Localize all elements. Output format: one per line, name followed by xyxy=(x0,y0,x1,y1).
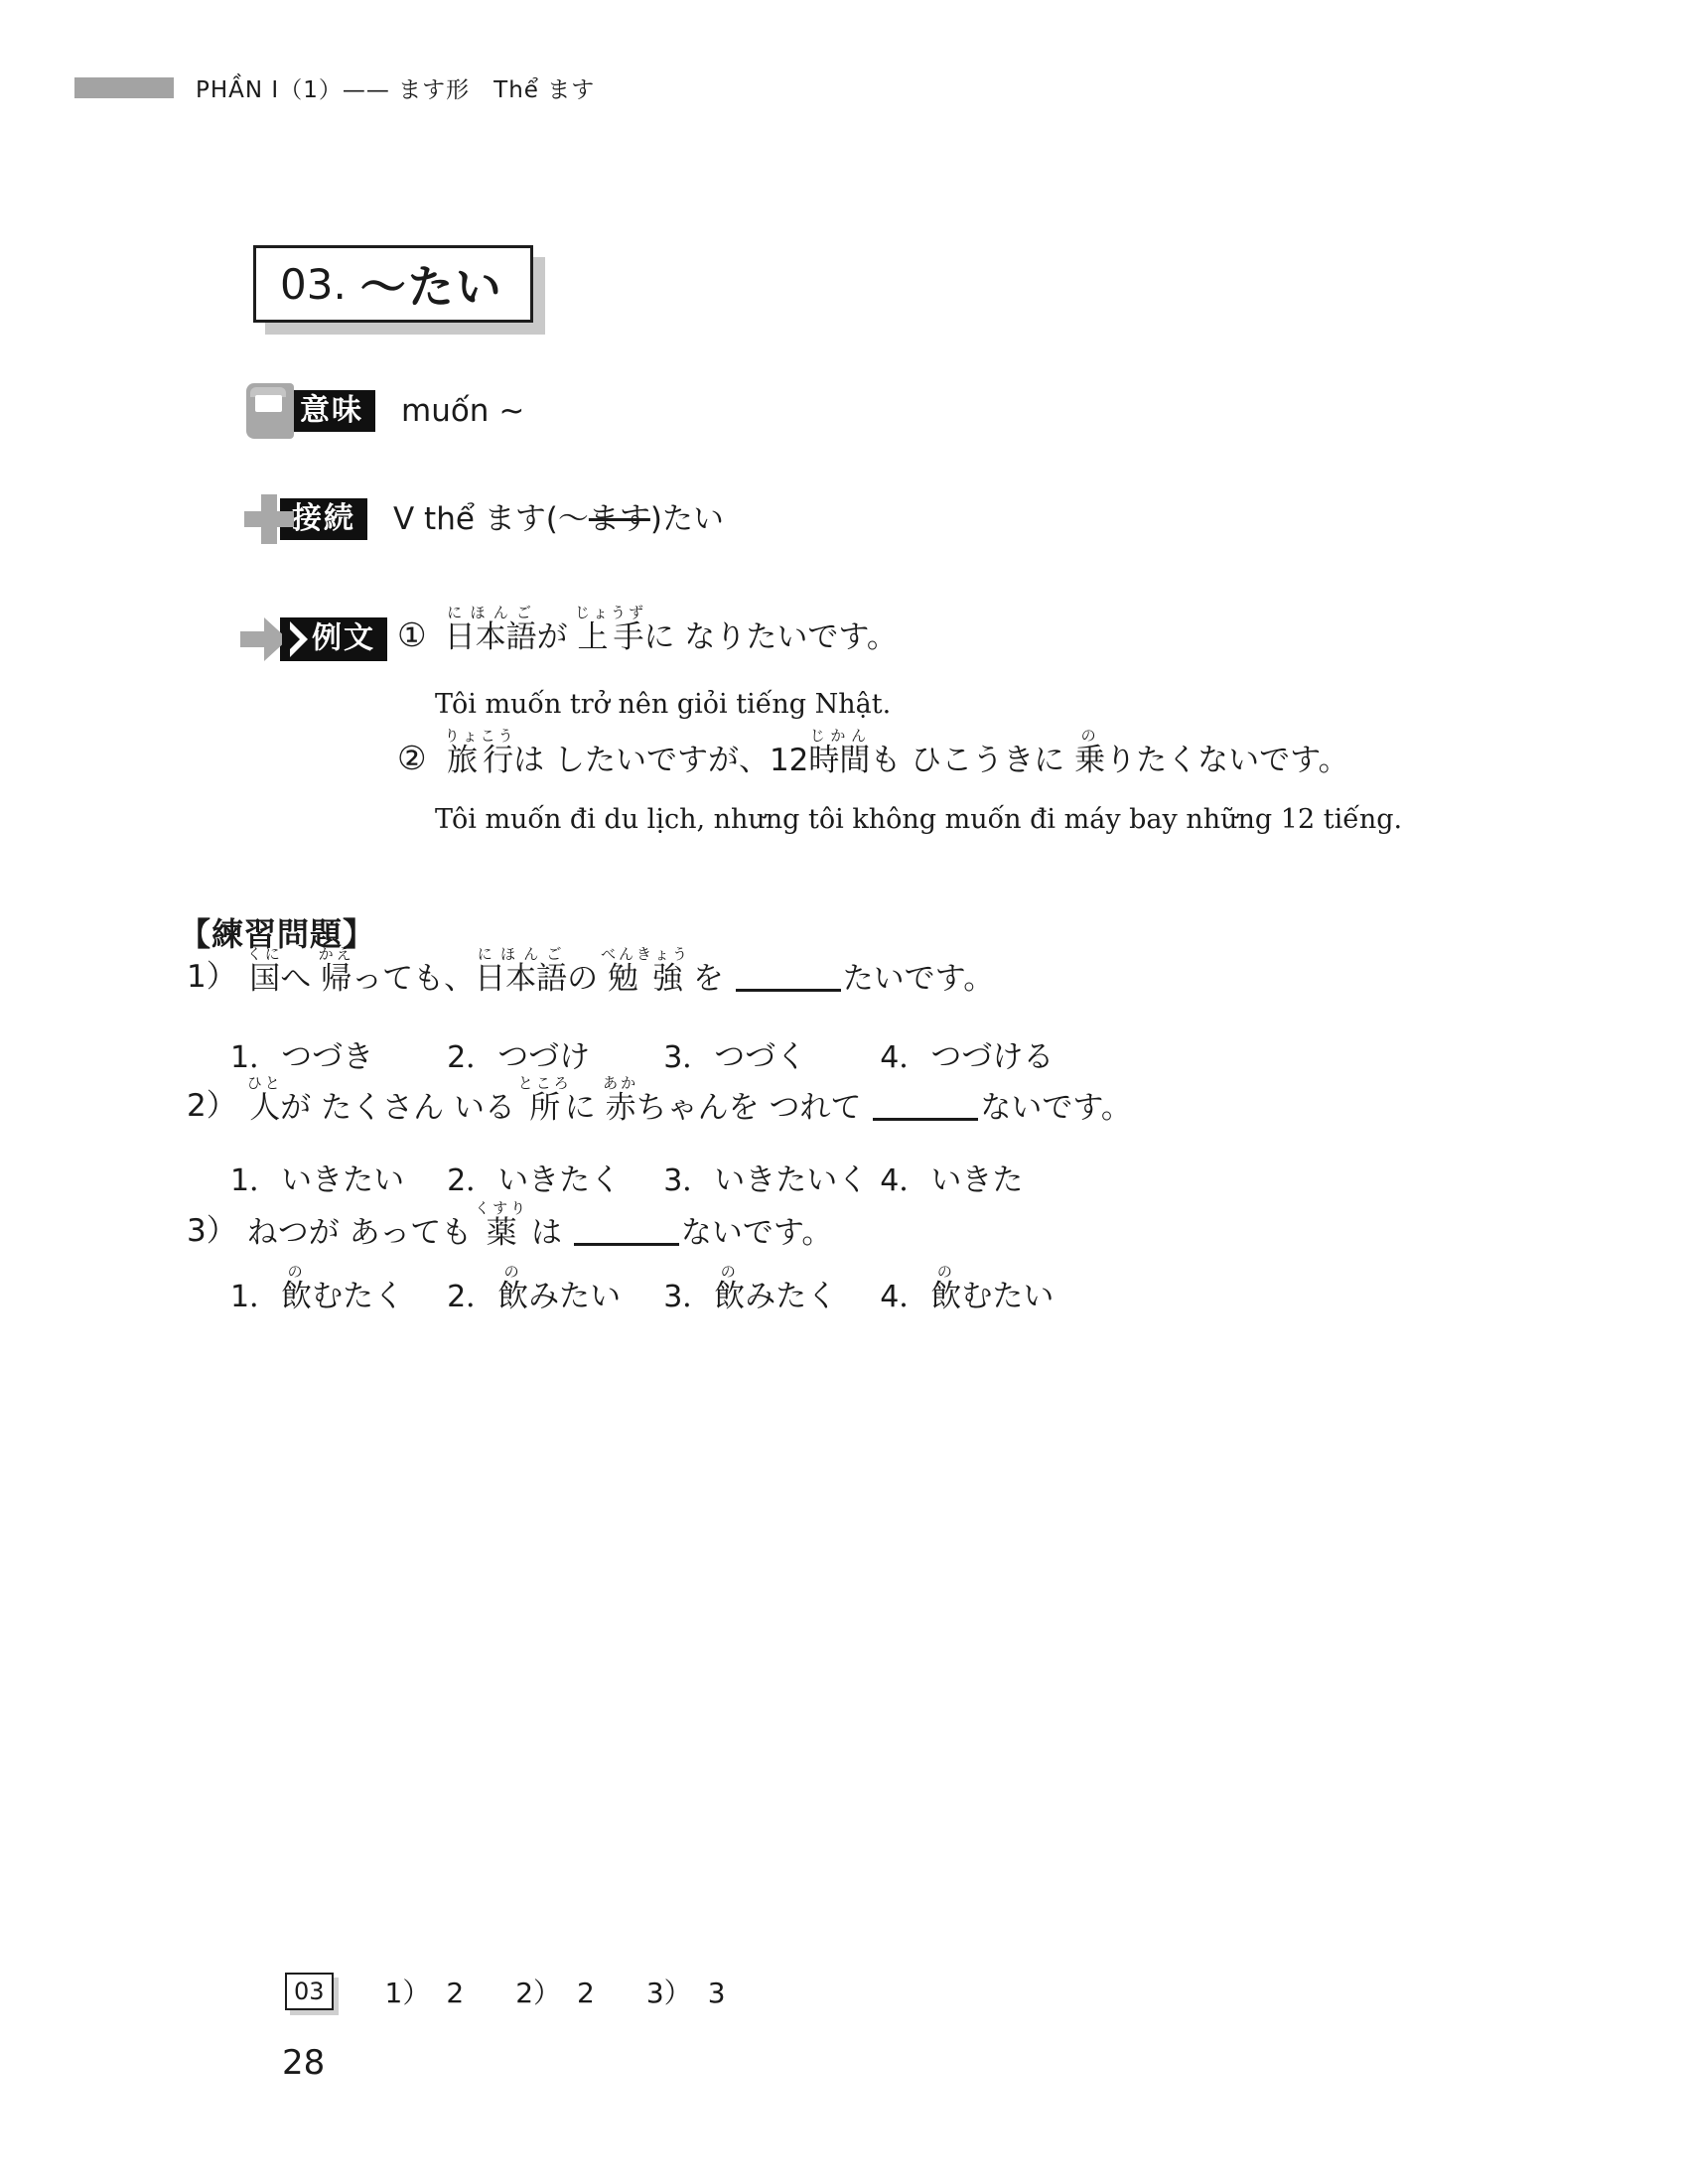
furigana-word: 飲の xyxy=(281,1279,312,1314)
option-number: 2． xyxy=(447,1280,495,1314)
option-text: つづける xyxy=(930,1039,1054,1075)
answer-value: 2 xyxy=(577,1977,595,2009)
answer-value: 2 xyxy=(446,1977,464,2009)
answer-question: 1） xyxy=(385,1977,431,2009)
question-number: 1） xyxy=(187,959,237,996)
option-text: いきたく xyxy=(497,1162,621,1198)
question-sentence: 人ひとが たくさん いる 所ところに 赤あかちゃんを つれて ないです。 xyxy=(247,1074,1132,1125)
answers-row: 03 1）2 2）2 3）3 xyxy=(285,1972,726,2011)
connection-text: V thể ます(～ます)たい xyxy=(393,502,724,536)
furigana-word: 勉強べんきょう xyxy=(608,961,683,997)
furigana-word: 時間じかん xyxy=(808,743,870,778)
furigana-word: 国くに xyxy=(247,961,281,997)
header-bar xyxy=(74,77,174,98)
furigana-word: 飲の xyxy=(497,1279,528,1314)
option-number: 1． xyxy=(230,1280,279,1314)
option-item: 1．飲のむたく xyxy=(230,1263,442,1315)
option-text: 飲のみたく xyxy=(714,1279,837,1314)
option-number: 4． xyxy=(880,1280,928,1314)
furigana-word: 飲の xyxy=(714,1279,745,1314)
answer-item: 2）2 xyxy=(515,1972,595,2011)
option-number: 1． xyxy=(230,1163,279,1198)
furigana-word: 上手じょうず xyxy=(577,619,643,655)
examples-row: 例文 xyxy=(240,617,387,661)
chevron-right-icon xyxy=(290,621,310,657)
option-item: 3．つづく xyxy=(663,1032,875,1076)
examples-tag-label: 例文 xyxy=(312,621,375,656)
option-text: いきたい xyxy=(281,1162,404,1198)
answer-blank xyxy=(873,1118,978,1121)
furigana-word: 日本語にほんご xyxy=(475,961,567,997)
option-item: 2．つづけ xyxy=(447,1032,658,1076)
example-translation: Tôi muốn đi du lịch, nhưng tôi không muố… xyxy=(435,804,1402,835)
answer-blank xyxy=(574,1243,679,1246)
example-sentence: 旅行りょこうは したいですが、12時間じかんも ひこうきに 乗のりたくないです。 xyxy=(445,727,1349,777)
option-text: 飲のむたい xyxy=(930,1279,1054,1314)
question-row: 3） ねつが あっても 薬くすり は ないです。 xyxy=(187,1199,832,1250)
option-text: 飲のみたい xyxy=(497,1279,621,1314)
option-item: 4．つづける xyxy=(880,1032,1091,1076)
page-number: 28 xyxy=(282,2043,325,2083)
option-text: つづく xyxy=(714,1039,806,1075)
answer-question: 2） xyxy=(515,1977,561,2009)
answer-item: 3）3 xyxy=(646,1972,726,2011)
textbook-page: PHẦN Ⅰ（1）—— ます形 Thể ます 03. ～たい 意味 muốn ~… xyxy=(0,0,1688,2184)
header-title: PHẦN Ⅰ（1）—— ます形 Thể ます xyxy=(196,71,595,104)
page-header: PHẦN Ⅰ（1）—— ます形 Thể ます xyxy=(74,71,595,104)
meaning-text: muốn ~ xyxy=(401,393,524,429)
question-row: 2） 人ひとが たくさん いる 所ところに 赤あかちゃんを つれて ないです。 xyxy=(187,1074,1132,1125)
furigana-word: 飲の xyxy=(930,1279,961,1314)
furigana-word: 乗の xyxy=(1074,743,1105,778)
option-text: いきたいく xyxy=(714,1162,868,1198)
question-number: 2） xyxy=(187,1088,237,1125)
option-number: 3． xyxy=(663,1040,712,1075)
example-number: ② xyxy=(397,739,427,778)
option-item: 3．いきたいく xyxy=(663,1156,875,1199)
option-number: 1． xyxy=(230,1040,279,1075)
option-item: 4．飲のむたい xyxy=(880,1263,1091,1315)
examples-tag: 例文 xyxy=(280,617,387,661)
option-item: 1．つづき xyxy=(230,1032,442,1076)
plus-icon xyxy=(244,494,294,544)
option-item: 1．いきたい xyxy=(230,1156,442,1199)
option-item: 4．いきた xyxy=(880,1156,1091,1199)
answer-value: 3 xyxy=(708,1977,726,2009)
option-number: 2． xyxy=(447,1163,495,1198)
furigana-word: 赤あか xyxy=(606,1090,636,1126)
option-number: 3． xyxy=(663,1280,712,1314)
lesson-number: 03. xyxy=(280,260,347,309)
answer-blank xyxy=(736,989,841,992)
question-sentence: ねつが あっても 薬くすり は ないです。 xyxy=(247,1199,833,1250)
options-row: 1．飲のむたく 2．飲のみたい 3．飲のみたく 4．飲のむたい xyxy=(230,1263,1091,1315)
meaning-row: 意味 muốn ~ xyxy=(246,383,524,439)
options-row: 1．つづき 2．つづけ 3．つづく 4．つづける xyxy=(230,1032,1091,1076)
option-text: つづき xyxy=(281,1039,373,1075)
options-row: 1．いきたい 2．いきたく 3．いきたいく 4．いきた xyxy=(230,1156,1091,1199)
option-text: 飲のむたく xyxy=(281,1279,404,1314)
option-number: 2． xyxy=(447,1040,495,1075)
option-item: 2．いきたく xyxy=(447,1156,658,1199)
answer-item: 1）2 xyxy=(385,1972,465,2011)
question-sentence: 国くにへ 帰かえっても、日本語にほんごの 勉強べんきょう を たいです。 xyxy=(247,945,995,996)
meaning-tag: 意味 xyxy=(288,390,375,433)
example-translation: Tôi muốn trở nên giỏi tiếng Nhật. xyxy=(435,689,891,720)
furigana-word: 薬くすり xyxy=(482,1215,521,1251)
book-icon xyxy=(246,383,294,439)
option-text: いきた xyxy=(930,1162,1023,1198)
option-item: 3．飲のみたく xyxy=(663,1263,875,1315)
furigana-word: 日本語にほんご xyxy=(445,619,537,655)
example-sentence: 日本語にほんごが 上手じょうずに なりたいです。 xyxy=(445,604,898,654)
lesson-pattern: ～たい xyxy=(360,251,503,317)
question-row: 1） 国くにへ 帰かえっても、日本語にほんごの 勉強べんきょう を たいです。 xyxy=(187,945,994,996)
furigana-word: 帰かえ xyxy=(321,961,352,997)
option-number: 3． xyxy=(663,1163,712,1198)
connection-row: 接続 V thể ます(～ます)たい xyxy=(244,494,724,544)
answer-box-label: 03 xyxy=(285,1973,334,2010)
option-item: 2．飲のみたい xyxy=(447,1263,658,1315)
option-number: 4． xyxy=(880,1040,928,1075)
question-number: 3） xyxy=(187,1213,237,1250)
example-item: ② 旅行りょこうは したいですが、12時間じかんも ひこうきに 乗のりたくないで… xyxy=(397,727,1349,777)
option-number: 4． xyxy=(880,1163,928,1198)
option-text: つづけ xyxy=(497,1039,590,1075)
example-item: ① 日本語にほんごが 上手じょうずに なりたいです。 xyxy=(397,604,898,654)
answer-question: 3） xyxy=(646,1977,692,2009)
lesson-title-box: 03. ～たい xyxy=(253,245,533,323)
furigana-word: 旅行りょこう xyxy=(445,743,514,778)
furigana-word: 人ひと xyxy=(247,1090,281,1126)
furigana-word: 所ところ xyxy=(525,1090,565,1126)
example-number: ① xyxy=(397,615,427,655)
